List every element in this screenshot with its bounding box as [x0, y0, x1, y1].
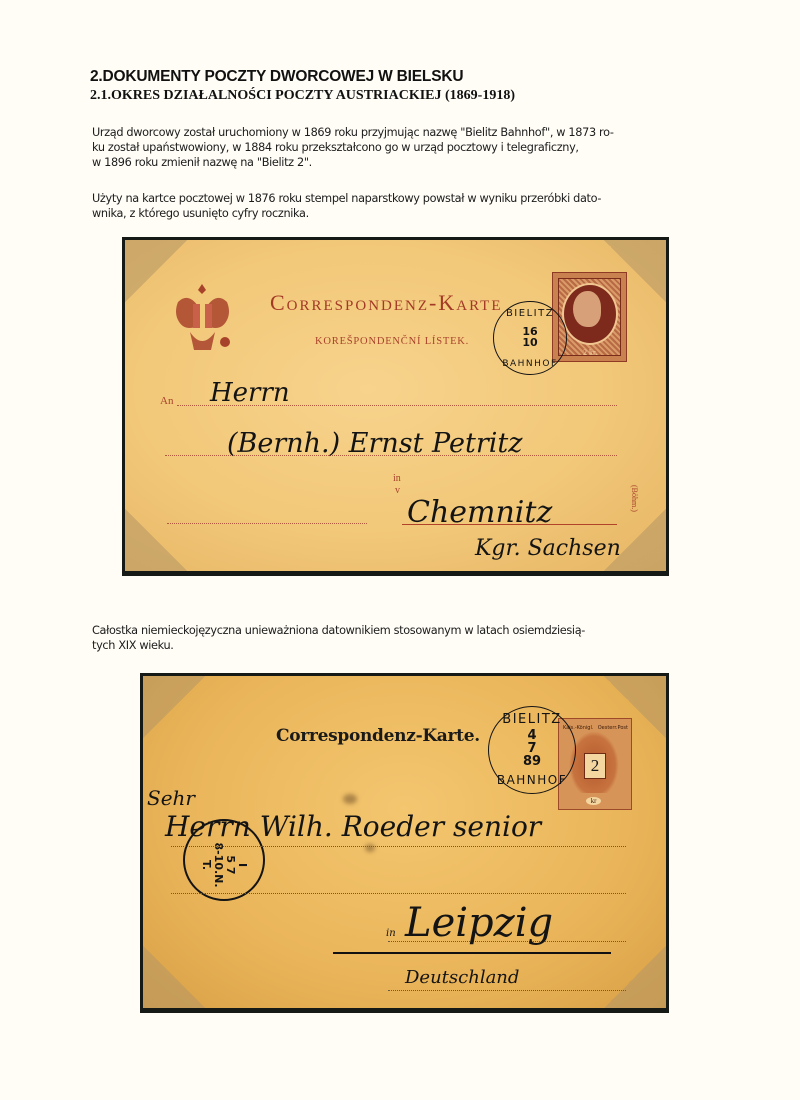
- stain: [343, 794, 357, 804]
- handwritten-region: Kgr. Sachsen: [475, 536, 621, 561]
- handwritten-recipient-name: Herrn Wilh. Roeder senior: [165, 810, 541, 843]
- mount-corner: [143, 676, 205, 738]
- emperor-portrait-icon: [573, 291, 601, 327]
- handwritten-country: Deutschland: [405, 967, 519, 988]
- card-subtitle: KOREŠPONDENČNÍ LÍSTEK.: [315, 336, 469, 347]
- handwritten-city: Leipzig: [405, 900, 553, 946]
- postmark-bielitz-bahnhof: BIELITZ 4 7 89 BAHNHOF: [488, 706, 576, 794]
- handwritten-city: Chemnitz: [407, 495, 552, 530]
- card1-caption: Użyty na kartce pocztowej w 1876 roku st…: [92, 191, 732, 221]
- an-label: An: [160, 395, 173, 407]
- card-title: Correspondenz-Karte: [270, 290, 503, 316]
- address-line: [388, 990, 626, 991]
- address-line: [171, 893, 626, 894]
- mount-corner: [604, 946, 666, 1008]
- intro-paragraph: Urząd dworcowy został uruchomiony w 1869…: [92, 125, 732, 170]
- coat-of-arms-icon: [170, 280, 235, 360]
- card2-caption: Całostka niemieckojęzyczna unieważniona …: [92, 623, 732, 653]
- address-underline: [333, 952, 611, 954]
- handwritten-recipient-name: (Bernh.) Ernst Petritz: [227, 428, 522, 459]
- postcard-1889: Correspondenz-Karte. Kais.-Königl. Oeste…: [140, 673, 669, 1013]
- card-title: Correspondenz-Karte.: [276, 726, 480, 746]
- handwritten-salutation: Sehr: [147, 786, 195, 810]
- postmark-bielitz: BIELITZ 16 10 BAHNHOF: [493, 301, 567, 375]
- side-note: (Böhm.): [630, 485, 639, 512]
- handwritten-recipient-title: Herrn: [210, 378, 290, 408]
- page-title: 2.DOKUMENTY POCZTY DWORCOWEJ W BIELSKU: [90, 68, 463, 86]
- mount-corner: [143, 946, 205, 1008]
- postcard-1876: Correspondenz-Karte KOREŠPONDENČNÍ LÍSTE…: [122, 237, 669, 576]
- address-line: [171, 846, 626, 847]
- address-line: [167, 523, 367, 524]
- mount-corner: [125, 509, 187, 571]
- section-subtitle: 2.1.OKRES DZIAŁALNOŚCI POCZTY AUSTRIACKI…: [90, 88, 515, 104]
- in-label: in: [386, 928, 396, 939]
